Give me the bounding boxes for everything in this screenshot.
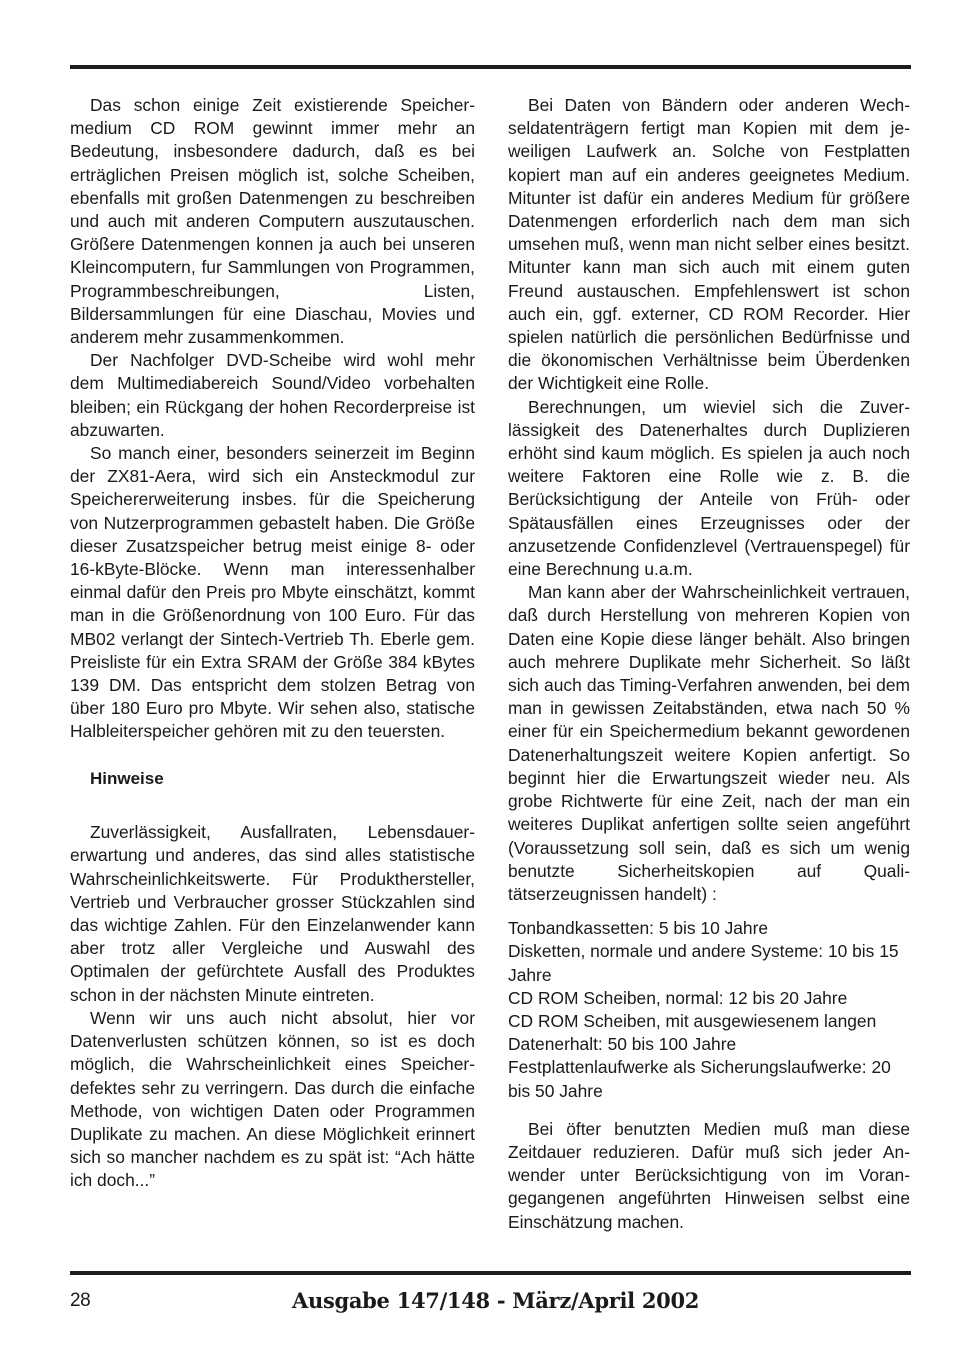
- paragraph-cd-rom: Das schon einige Zeit existierende Speic…: [70, 94, 475, 349]
- list-item: Disketten, normale und andere Systeme: 1…: [508, 940, 910, 986]
- spacer: [70, 790, 475, 813]
- list-item: Tonbandkassetten: 5 bis 10 Jahre: [508, 917, 910, 940]
- paragraph-closing: Bei öfter benutzten Medien muß man diese…: [508, 1118, 910, 1234]
- paragraph-data-loss: Wenn wir uns auch nicht absolut, hier vo…: [70, 1007, 475, 1193]
- page-number: 28: [70, 1290, 90, 1312]
- spacer: [508, 906, 910, 917]
- paragraph-copies: Bei Daten von Bändern oder anderen Wech­…: [508, 94, 910, 396]
- right-column: Bei Daten von Bändern oder anderen Wech­…: [508, 94, 910, 1234]
- paragraph-dvd: Der Nachfolger DVD-Scheibe wird wohl meh…: [70, 349, 475, 442]
- issue-title: Ausgabe 147/148 - März/April 2002: [292, 1288, 699, 1313]
- bottom-rule: [70, 1271, 911, 1275]
- top-rule: [70, 65, 911, 69]
- list-item: Festplattenlaufwerke als Sicherungslaufw…: [508, 1056, 910, 1102]
- left-column: Das schon einige Zeit existierende Speic…: [70, 94, 475, 1193]
- paragraph-zx81: So manch einer, besonders seinerzeit im …: [70, 442, 475, 744]
- paragraph-probability: Man kann aber der Wahrscheinlichkeit ver…: [508, 581, 910, 906]
- list-item: CD ROM Scheiben, mit ausgewiesenem lange…: [508, 1010, 910, 1056]
- retention-list: Tonbandkassetten: 5 bis 10 Jahre Diskett…: [508, 917, 910, 1103]
- list-item: CD ROM Scheiben, normal: 12 bis 20 Jahre: [508, 987, 910, 1010]
- section-heading: Hinweise: [70, 767, 475, 790]
- paragraph-reliability: Zuverlässigkeit, Ausfallraten, Lebensdau…: [70, 821, 475, 1007]
- spacer: [70, 744, 475, 767]
- paragraph-calculations: Berechnungen, um wieviel sich die Zuver­…: [508, 396, 910, 582]
- spacer: [508, 1103, 910, 1114]
